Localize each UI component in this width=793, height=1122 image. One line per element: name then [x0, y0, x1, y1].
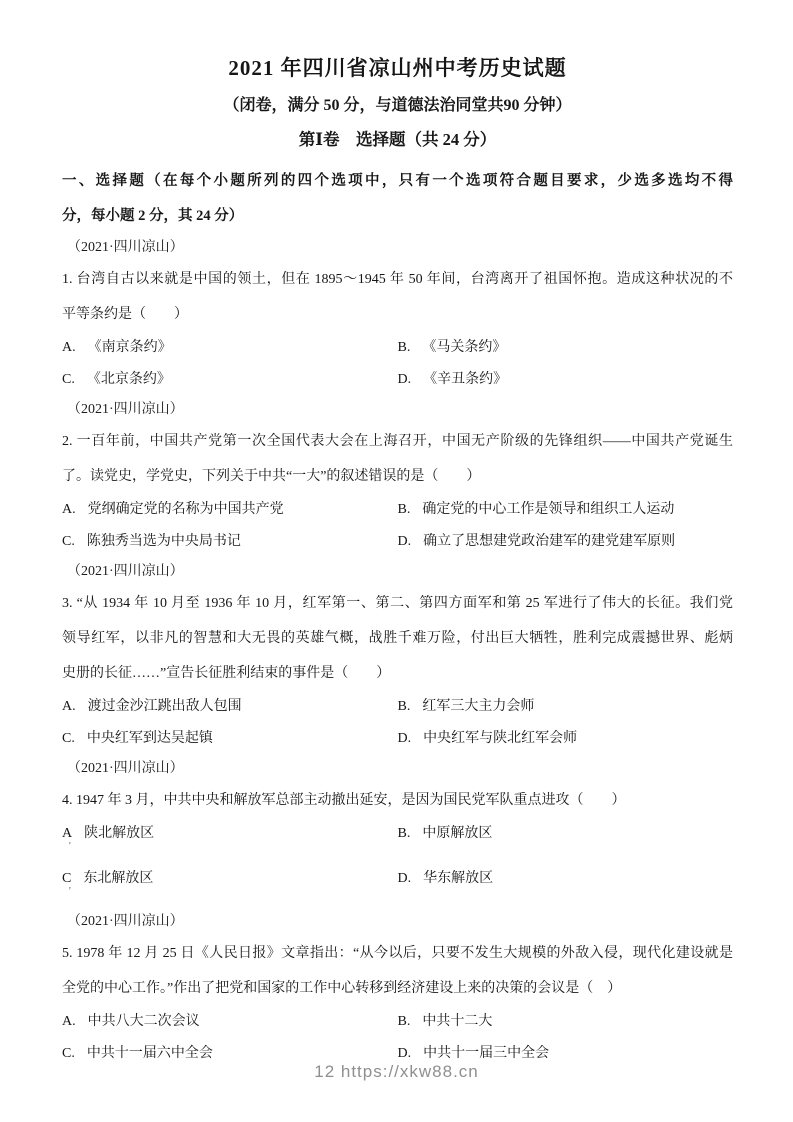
option-label: B. — [398, 1006, 411, 1038]
option-row: C. 《北京条约》 D. 《辛丑条约》 — [62, 364, 733, 396]
option-text: 中央红军到达吴起镇 — [87, 723, 213, 755]
option-b: B. 中共十二大 — [398, 1006, 734, 1038]
option-b: B. 《马关条约》 — [398, 332, 734, 364]
instructions-line: 一、选择题（在每个小题所列的四个选项中，只有一个选项符合题目要求，少选多选均不得 — [62, 164, 733, 199]
option-a: A. 渡过金沙江跳出敌人包围 — [62, 691, 398, 723]
question-text-line: 3. “从 1934 年 10 月至 1936 年 10 月，红军第一、第二、第… — [62, 586, 733, 621]
question-text-line: 1. 台湾自古以来就是中国的领土，但在 1895～1945 年 50 年间，台湾… — [62, 262, 733, 297]
options-grid: A. 渡过金沙江跳出敌人包围 B. 红军三大主力会师 C. 中央红军到达吴起镇 … — [62, 691, 733, 755]
option-row: C. 中央红军到达吴起镇 D. 中央红军与陕北红军会师 — [62, 723, 733, 755]
options-grid: A. 《南京条约》 B. 《马关条约》 C. 《北京条约》 D. 《辛丑条约》 — [62, 332, 733, 396]
scan-artifact-mark: ' — [69, 887, 71, 897]
option-text: 确定党的中心工作是领导和组织工人运动 — [422, 494, 674, 526]
footer-page-number-and-url: 12 https://xkw88.cn — [314, 1062, 479, 1081]
scan-artifact-mark: ' — [69, 842, 71, 852]
option-text: 《南京条约》 — [88, 332, 172, 364]
question: （2021·四川凉山） 3. “从 1934 年 10 月至 1936 年 10… — [62, 558, 733, 755]
question: （2021·四川凉山） 2. 一百年前，中国共产党第一次全国代表大会在上海召开，… — [62, 396, 733, 558]
option-label: A. — [62, 1006, 76, 1038]
page-footer: 12 https://xkw88.cn — [0, 1062, 793, 1082]
option-text: 中共八大二次会议 — [88, 1006, 200, 1038]
exam-page: 2021 年四川省凉山州中考历史试题 （闭卷，满分 50 分，与道德法治同堂共9… — [0, 0, 793, 1070]
option-d: D. 华东解放区 — [398, 863, 734, 895]
question-source-tag: （2021·四川凉山） — [62, 755, 733, 783]
question-text-line: 史册的长征……”宣告长征胜利结束的事件是（ ） — [62, 656, 733, 691]
option-label: D. — [398, 863, 412, 895]
option-label: D. — [398, 364, 412, 396]
option-text: 华东解放区 — [423, 863, 493, 895]
question: （2021·四川凉山） 4. 1947 年 3 月，中共中央和解放军总部主动撤出… — [62, 755, 733, 895]
option-label: D. — [398, 723, 412, 755]
exam-rules-subtitle: （闭卷，满分 50 分，与道德法治同堂共90 分钟） — [62, 94, 733, 118]
option-d: D. 中央红军与陕北红军会师 — [398, 723, 734, 755]
option-b: B. 中原解放区 — [398, 818, 734, 850]
option-c: C. 《北京条约》 — [62, 364, 398, 396]
instructions-line: 分，每小题 2 分，其 24 分） — [62, 199, 733, 234]
option-text: 党纲确定党的名称为中国共产党 — [88, 494, 284, 526]
option-text: 中原解放区 — [422, 818, 492, 850]
options-grid: A 陕北解放区 ' B. 中原解放区 C 东北解放区 ' D. 华东解放区 — [62, 818, 733, 895]
option-text: 陕北解放区 — [84, 818, 154, 850]
page-title: 2021 年四川省凉山州中考历史试题 — [62, 54, 733, 82]
option-label: D. — [398, 526, 412, 558]
option-label: B. — [398, 818, 411, 850]
section-header: 第Ⅰ卷 选择题（共 24 分） — [62, 128, 733, 152]
option-text: 中共十二大 — [422, 1006, 492, 1038]
question: （2021·四川凉山） 1. 台湾自古以来就是中国的领土，但在 1895～194… — [62, 234, 733, 396]
option-row: A 陕北解放区 ' B. 中原解放区 — [62, 818, 733, 850]
question-text-line: 4. 1947 年 3 月，中共中央和解放军总部主动撤出延安，是因为国民党军队重… — [62, 783, 733, 818]
option-a: A. 《南京条约》 — [62, 332, 398, 364]
option-a: A 陕北解放区 ' — [62, 818, 398, 850]
option-text: 确立了思想建党政治建军的建党建军原则 — [423, 526, 675, 558]
question-text-line: 全党的中心工作。”作出了把党和国家的工作中心转移到经济建设上来的决策的会议是（ … — [62, 971, 733, 1006]
question-text-line: 平等条约是（ ） — [62, 297, 733, 332]
option-row: A. 中共八大二次会议 B. 中共十二大 — [62, 1006, 733, 1038]
option-label: B. — [398, 691, 411, 723]
question-source-tag: （2021·四川凉山） — [62, 558, 733, 586]
option-text: 《北京条约》 — [87, 364, 171, 396]
option-row: A. 渡过金沙江跳出敌人包围 B. 红军三大主力会师 — [62, 691, 733, 723]
option-c: C 东北解放区 ' — [62, 863, 398, 895]
option-label: C. — [62, 723, 75, 755]
question-source-tag: （2021·四川凉山） — [62, 234, 733, 262]
option-c: C. 中央红军到达吴起镇 — [62, 723, 398, 755]
option-label: C. — [62, 364, 75, 396]
option-label: C. — [62, 526, 75, 558]
option-a: A. 中共八大二次会议 — [62, 1006, 398, 1038]
option-text: 东北解放区 — [83, 863, 153, 895]
option-d: D. 《辛丑条约》 — [398, 364, 734, 396]
question-text-line: 领导红军，以非凡的智慧和大无畏的英雄气概，战胜千难万险，付出巨大牺牲，胜利完成震… — [62, 621, 733, 656]
option-b: B. 确定党的中心工作是领导和组织工人运动 — [398, 494, 734, 526]
option-text: 红军三大主力会师 — [422, 691, 534, 723]
option-row: C 东北解放区 ' D. 华东解放区 — [62, 863, 733, 895]
question-source-tag: （2021·四川凉山） — [62, 396, 733, 424]
question-text-line: 了。读党史，学党史，下列关于中共“一大”的叙述错误的是（ ） — [62, 459, 733, 494]
question-text-line: 2. 一百年前，中国共产党第一次全国代表大会在上海召开，中国无产阶级的先锋组织—… — [62, 424, 733, 459]
section-instructions: 一、选择题（在每个小题所列的四个选项中，只有一个选项符合题目要求，少选多选均不得… — [62, 164, 733, 234]
question-text-line: 5. 1978 年 12 月 25 日《人民日报》文章指出：“从今以后，只要不发… — [62, 936, 733, 971]
question: （2021·四川凉山） 5. 1978 年 12 月 25 日《人民日报》文章指… — [62, 908, 733, 1070]
option-row: A. 党纲确定党的名称为中国共产党 B. 确定党的中心工作是领导和组织工人运动 — [62, 494, 733, 526]
option-row: A. 《南京条约》 B. 《马关条约》 — [62, 332, 733, 364]
option-text: 渡过金沙江跳出敌人包围 — [88, 691, 242, 723]
option-label: B. — [398, 332, 411, 364]
option-b: B. 红军三大主力会师 — [398, 691, 734, 723]
option-d: D. 确立了思想建党政治建军的建党建军原则 — [398, 526, 734, 558]
options-grid: A. 中共八大二次会议 B. 中共十二大 C. 中共十一届六中全会 D. 中共十… — [62, 1006, 733, 1070]
options-grid: A. 党纲确定党的名称为中国共产党 B. 确定党的中心工作是领导和组织工人运动 … — [62, 494, 733, 558]
option-text: 陈独秀当选为中央局书记 — [87, 526, 241, 558]
option-label: A. — [62, 494, 76, 526]
option-a: A. 党纲确定党的名称为中国共产党 — [62, 494, 398, 526]
option-text: 中央红军与陕北红军会师 — [423, 723, 577, 755]
option-text: 《辛丑条约》 — [423, 364, 507, 396]
option-text: 《马关条约》 — [422, 332, 506, 364]
option-label: A. — [62, 691, 76, 723]
option-label: B. — [398, 494, 411, 526]
option-row: C. 陈独秀当选为中央局书记 D. 确立了思想建党政治建军的建党建军原则 — [62, 526, 733, 558]
option-label: A. — [62, 332, 76, 364]
option-c: C. 陈独秀当选为中央局书记 — [62, 526, 398, 558]
question-source-tag: （2021·四川凉山） — [62, 908, 733, 936]
